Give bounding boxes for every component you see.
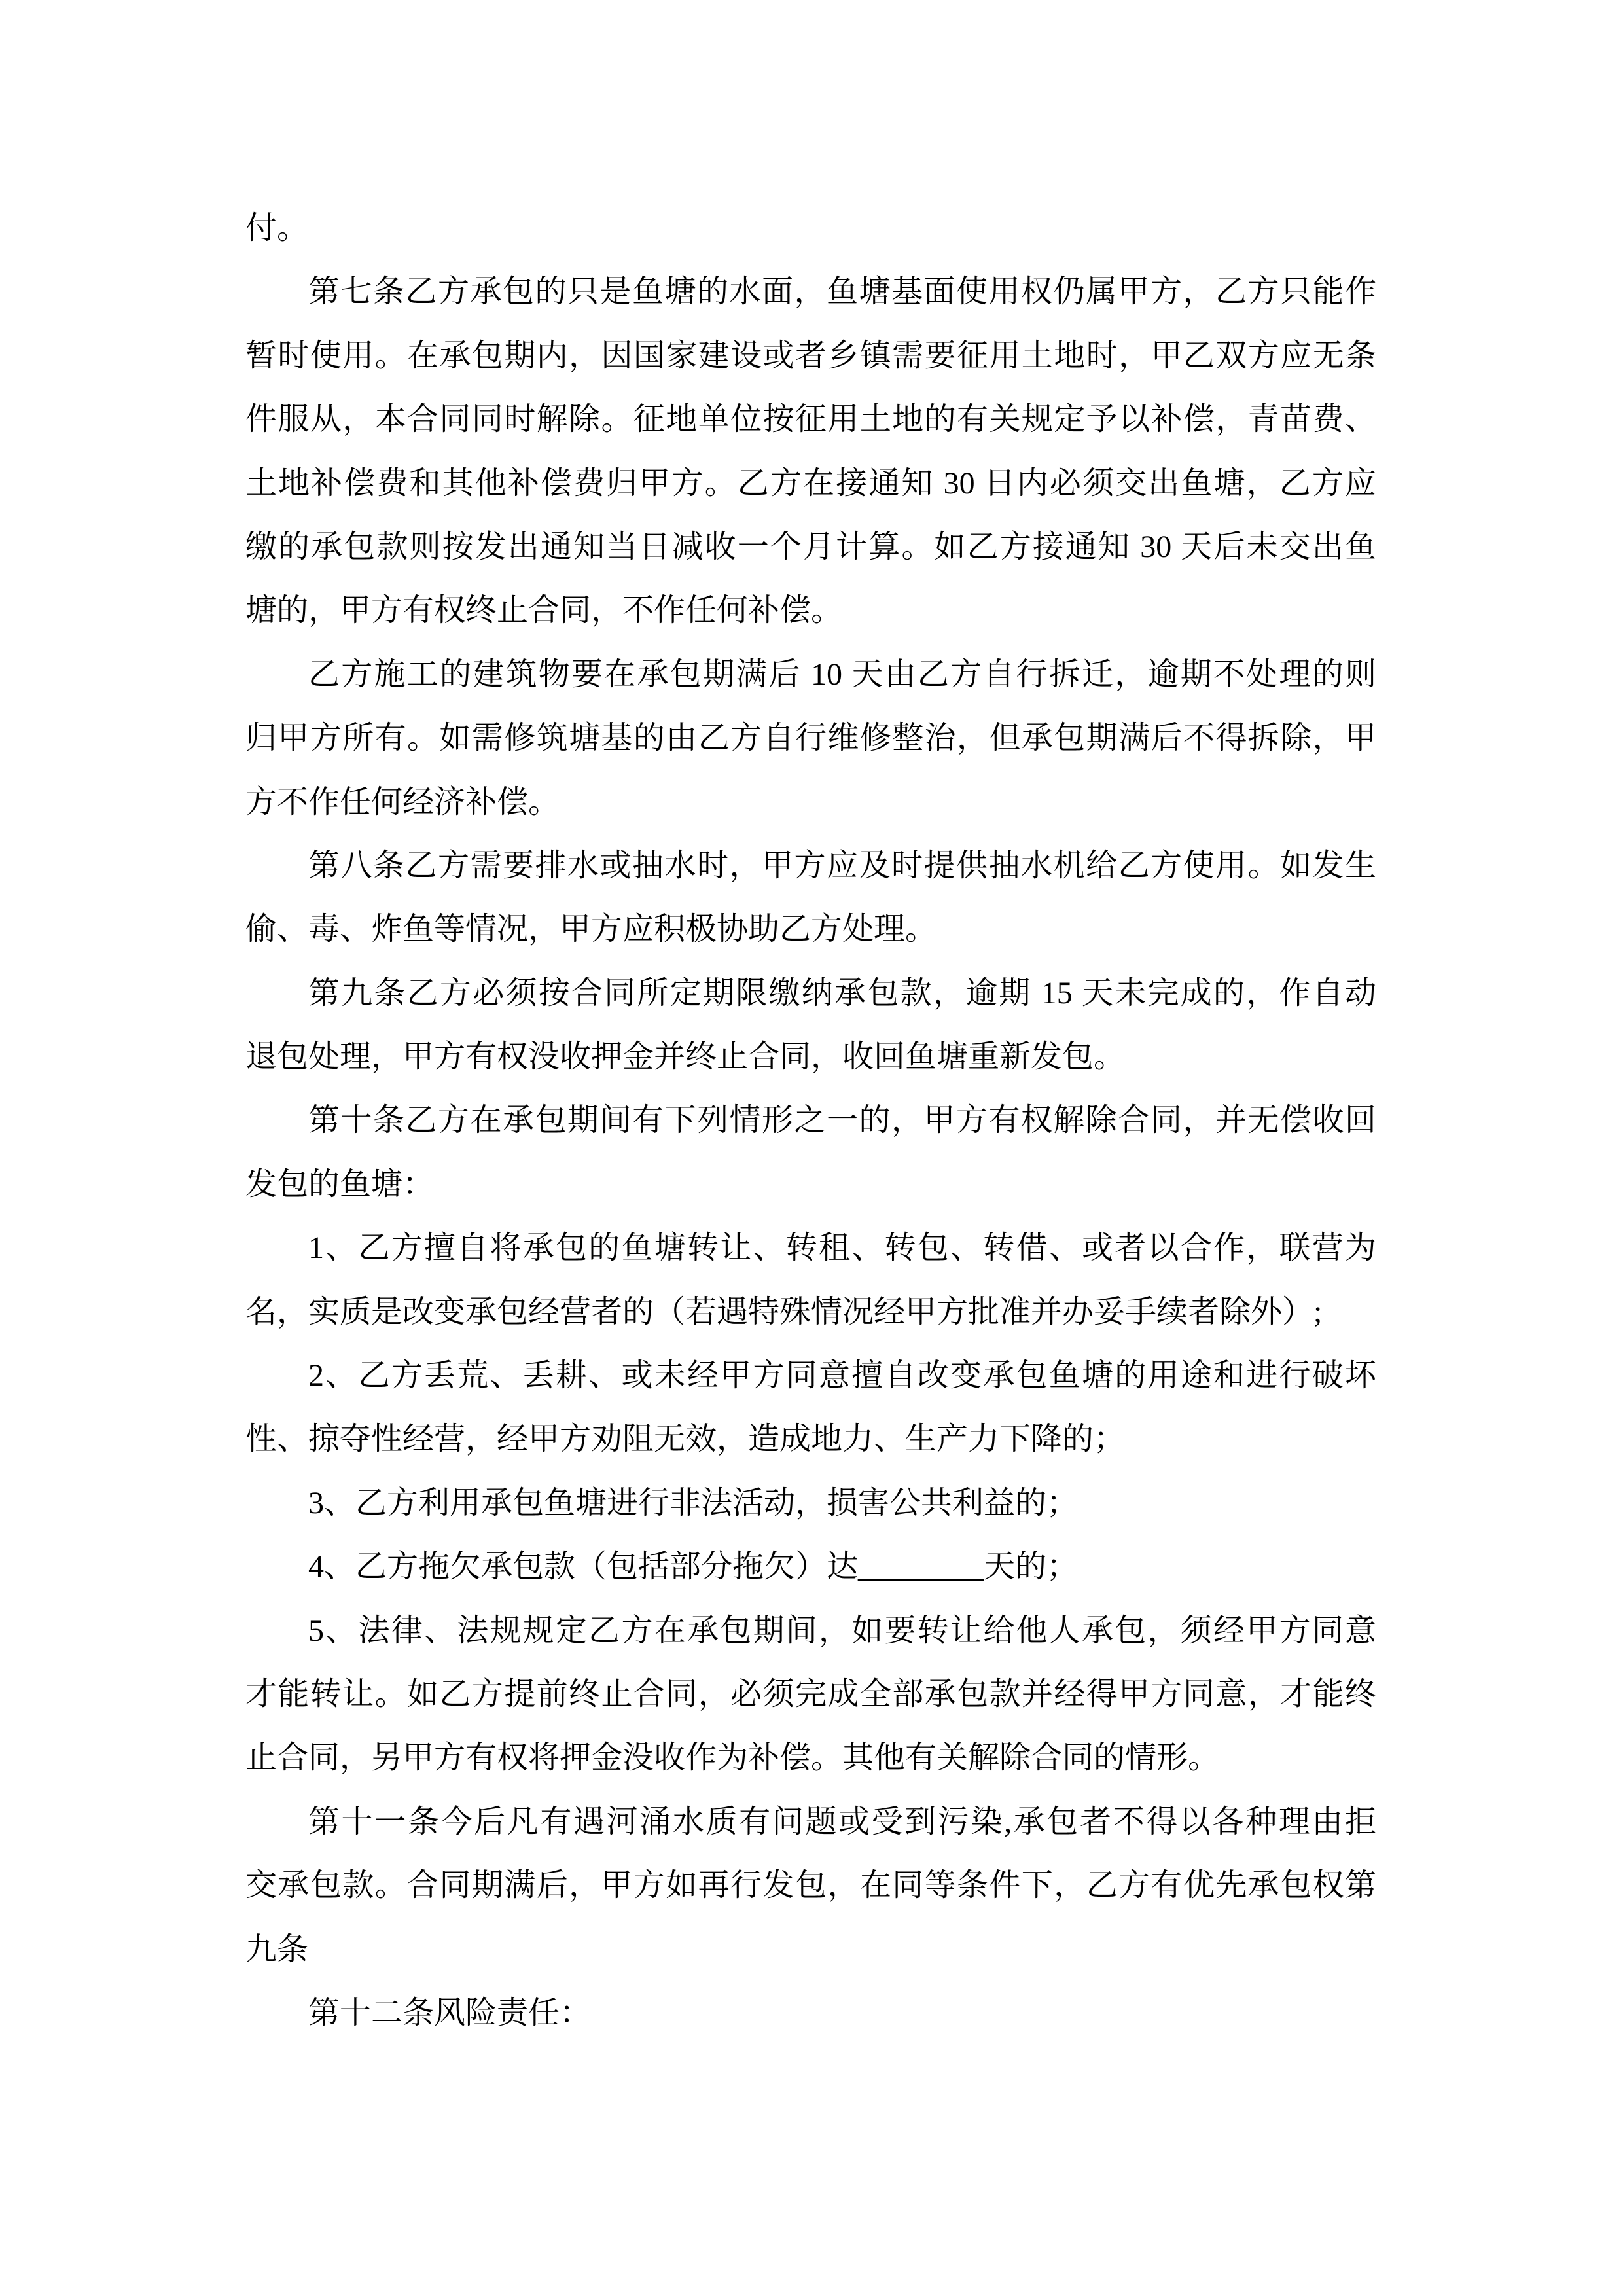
text-line: 第十条乙方在承包期间有下列情形之一的，甲方有权解除合同，并无偿收回	[245, 1088, 1376, 1152]
text-line: 偷、毒、炸鱼等情况，甲方应积极协助乙方处理。	[245, 897, 1376, 961]
text-line: 第八条乙方需要排水或抽水时，甲方应及时提供抽水机给乙方使用。如发生	[245, 834, 1376, 897]
text-line: 乙方施工的建筑物要在承包期满后 10 天由乙方自行拆迁，逾期不处理的则	[245, 643, 1376, 706]
text-line: 5、法律、法规规定乙方在承包期间，如要转让给他人承包，须经甲方同意	[245, 1599, 1376, 1662]
text-line: 付。	[245, 196, 1376, 260]
text-line: 方不作任何经济补偿。	[245, 770, 1376, 834]
text-line: 3、乙方利用承包鱼塘进行非法活动，损害公共利益的；	[245, 1471, 1376, 1535]
text-line: 性、掠夺性经营，经甲方劝阻无效，造成地力、生产力下降的；	[245, 1407, 1376, 1471]
text-line: 第十二条风险责任：	[245, 1981, 1376, 2045]
text-line: 发包的鱼塘：	[245, 1153, 1376, 1216]
text-line: 交承包款。合同期满后，甲方如再行发包，在同等条件下，乙方有优先承包权第	[245, 1854, 1376, 1917]
text-line: 才能转让。如乙方提前终止合同，必须完成全部承包款并经得甲方同意，才能终	[245, 1662, 1376, 1726]
text-line: 止合同，另甲方有权将押金没收作为补偿。其他有关解除合同的情形。	[245, 1726, 1376, 1789]
text-line: 九条	[245, 1918, 1376, 1981]
text-line: 缴的承包款则按发出通知当日减收一个月计算。如乙方接通知 30 天后未交出鱼	[245, 515, 1376, 579]
document-body: 付。第七条乙方承包的只是鱼塘的水面，鱼塘基面使用权仍属甲方，乙方只能作暂时使用。…	[245, 196, 1376, 2045]
text-line: 第七条乙方承包的只是鱼塘的水面，鱼塘基面使用权仍属甲方，乙方只能作	[245, 260, 1376, 323]
text-line: 退包处理，甲方有权没收押金并终止合同，收回鱼塘重新发包。	[245, 1025, 1376, 1088]
text-line: 暂时使用。在承包期内，因国家建设或者乡镇需要征用土地时，甲乙双方应无条	[245, 324, 1376, 387]
text-line: 4、乙方拖欠承包款（包括部分拖欠）达________天的；	[245, 1535, 1376, 1598]
text-line: 塘的，甲方有权终止合同，不作任何补偿。	[245, 579, 1376, 642]
text-line: 件服从，本合同同时解除。征地单位按征用土地的有关规定予以补偿，青苗费、	[245, 387, 1376, 451]
text-line: 2、乙方丢荒、丢耕、或未经甲方同意擅自改变承包鱼塘的用途和进行破坏	[245, 1344, 1376, 1407]
contract-page: 付。第七条乙方承包的只是鱼塘的水面，鱼塘基面使用权仍属甲方，乙方只能作暂时使用。…	[0, 0, 1623, 2296]
text-line: 土地补偿费和其他补偿费归甲方。乙方在接通知 30 日内必须交出鱼塘，乙方应	[245, 452, 1376, 515]
text-line: 第九条乙方必须按合同所定期限缴纳承包款，逾期 15 天未完成的，作自动	[245, 961, 1376, 1025]
text-line: 第十一条今后凡有遇河涌水质有问题或受到污染,承包者不得以各种理由拒	[245, 1790, 1376, 1854]
text-line: 名，实质是改变承包经营者的（若遇特殊情况经甲方批准并办妥手续者除外）;	[245, 1280, 1376, 1344]
text-line: 1、乙方擅自将承包的鱼塘转让、转租、转包、转借、或者以合作，联营为	[245, 1216, 1376, 1280]
text-line: 归甲方所有。如需修筑塘基的由乙方自行维修整治，但承包期满后不得拆除，甲	[245, 706, 1376, 770]
